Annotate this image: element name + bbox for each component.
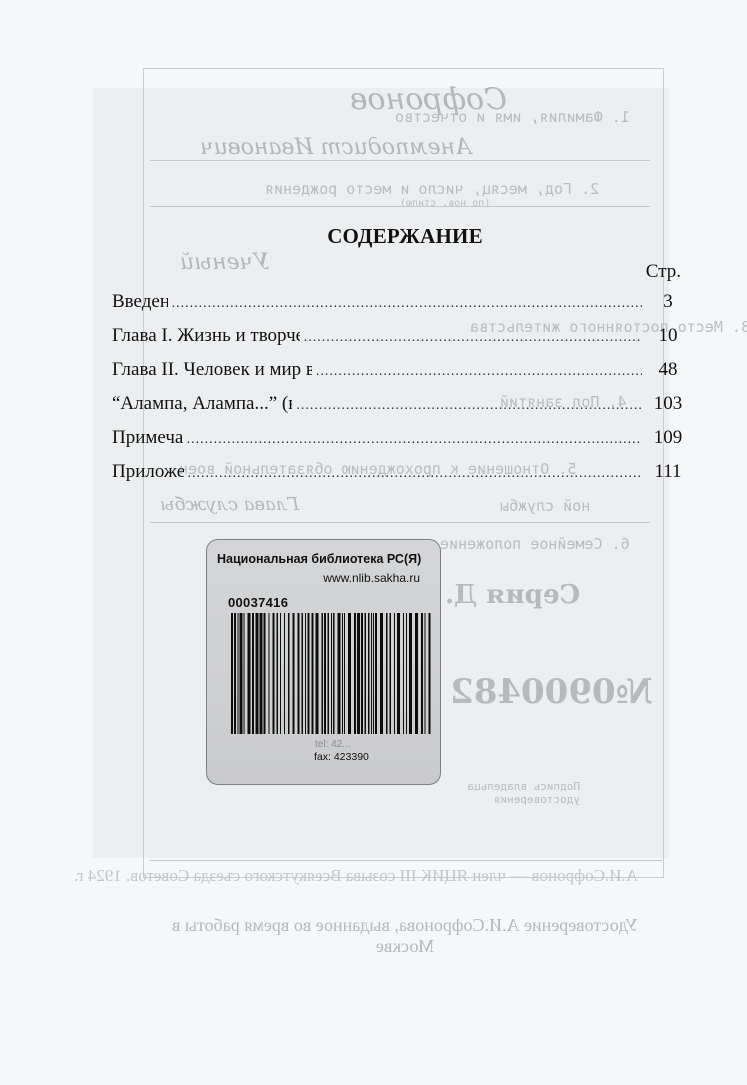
show-through-handwriting: Глава службы [160,494,299,515]
toc-entry-label: Глава I. Жизнь и творчество А.И.Софронов… [112,319,300,353]
toc-entry-label: Примечания [112,421,183,455]
show-through-number: №0900482 [450,672,653,712]
toc-dot-leader: ........................................… [304,321,642,355]
library-barcode-label: Национальная библиотека РС(Я) www.nlib.s… [206,539,441,785]
library-url: www.nlib.sakha.ru [323,571,420,585]
show-through-handwriting: Анемподист Иванович [200,135,472,160]
show-through-page-caption: Удостоверение А.И.Софронова, выданное во… [155,915,655,957]
show-through-form-line: (по нов. стилю) [400,198,490,209]
toc-entry-page: 10 [646,319,690,353]
toc-dot-leader: ........................................… [188,457,642,491]
toc-dot-leader: ........................................… [296,389,642,423]
toc-entry-label: Глава II. Человек и мир в драмах А.И.Соф… [112,353,312,387]
toc-title: СОДЕРЖАНИЕ [112,222,690,250]
toc-dot-leader: ........................................… [187,423,642,457]
show-through-handwriting: Софронов [350,82,507,117]
toc-entry: Приложение .............................… [112,455,690,489]
toc-entry: Глава II. Человек и мир в драмах А.И.Соф… [112,353,690,387]
show-through-form-line: ной службы [500,497,590,515]
toc-entry-page: 103 [646,387,690,421]
toc-entry-label: “Алампа, Алампа...” (вместо заключения) [112,387,292,421]
inventory-number: 00037416 [228,595,288,610]
show-through-form-line: 2. Год, месяц, число и место рождения [265,180,599,198]
show-through-form-line: 1. Фамилия, имя и отчество [395,108,630,126]
toc-entry-page: 111 [646,455,690,489]
table-of-contents: СОДЕРЖАНИЕ Стр. Введение ...............… [112,222,690,489]
toc-entry-page: 109 [646,421,690,455]
toc-dot-leader: ........................................… [172,287,642,321]
show-through-series: Серия Д. [445,580,580,610]
toc-entry: Примечания .............................… [112,421,690,455]
barcode-icon [231,613,439,734]
toc-entry: Глава I. Жизнь и творчество А.И.Софронов… [112,319,690,353]
toc-page-column-header: Стр. [112,259,690,285]
show-through-rule [150,160,650,161]
toc-entry: “Алампа, Алампа...” (вместо заключения) … [112,387,690,421]
library-fax: fax: 423390 [314,751,369,763]
show-through-form-line: 6. Семейное положение [440,535,630,553]
toc-entry-page: 48 [646,353,690,387]
toc-entry-label: Введение [112,285,168,319]
toc-entries: Введение ...............................… [112,285,690,489]
show-through-form-line: Подпись владельца удостоверения [440,780,580,806]
toc-dot-leader: ........................................… [316,355,642,389]
library-name: Национальная библиотека РС(Я) [217,552,421,566]
show-through-photo-caption: А.И.Софронов — член ЯЦИК III созыва Всея… [168,866,638,886]
show-through-rule [150,206,650,207]
show-through-rule [150,860,662,861]
library-phone: tel: 42... [315,739,351,750]
show-through-rule [150,522,650,523]
toc-entry-page: 3 [646,285,690,319]
toc-entry: Введение ...............................… [112,285,690,319]
toc-entry-label: Приложение [112,455,184,489]
